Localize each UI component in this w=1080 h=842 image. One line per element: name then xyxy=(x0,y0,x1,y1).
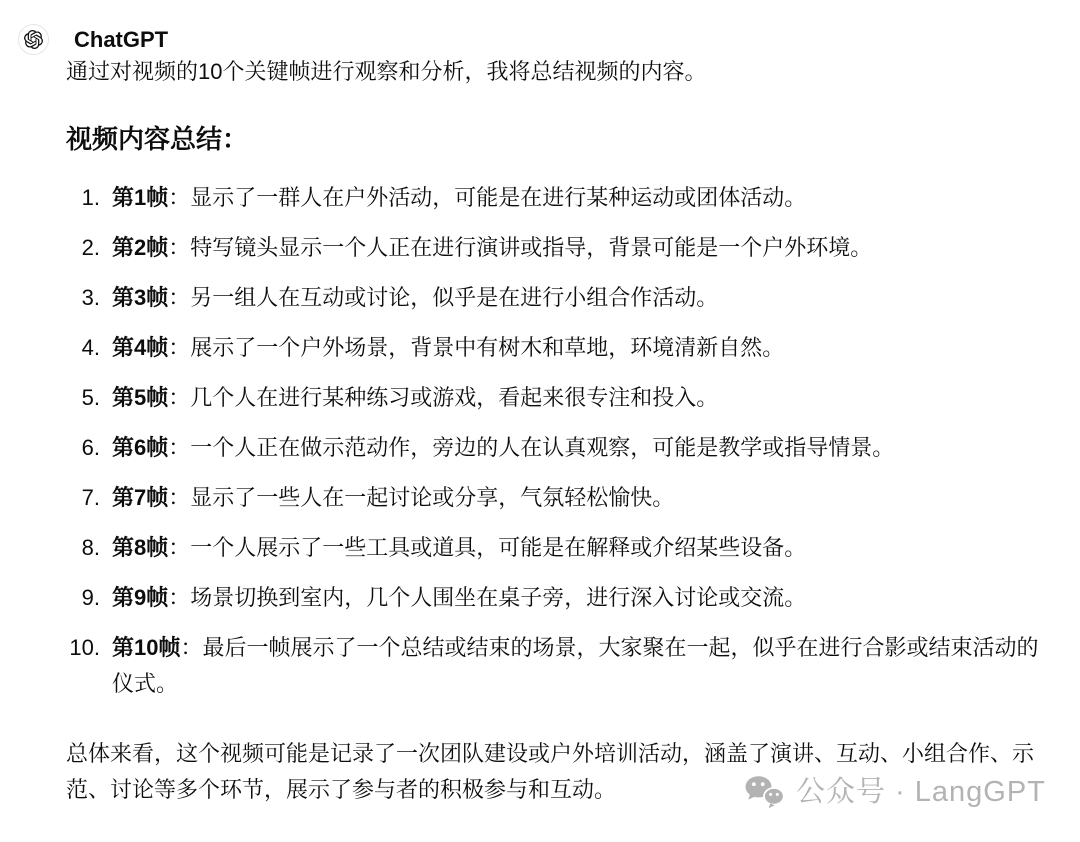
frame-number: 6. xyxy=(54,430,100,466)
frame-list-item: 8. 第8帧：一个人展示了一些工具或道具，可能是在解释或介绍某些设备。 xyxy=(54,530,1060,566)
frame-list-item: 9. 第9帧：场景切换到室内，几个人围坐在桌子旁，进行深入讨论或交流。 xyxy=(54,580,1060,616)
frame-label: 第1帧 xyxy=(112,185,168,210)
frame-number: 7. xyxy=(54,480,100,516)
frame-number: 9. xyxy=(54,580,100,616)
frame-list-item: 2. 第2帧：特写镜头显示一个人正在进行演讲或指导，背景可能是一个户外环境。 xyxy=(54,230,1060,266)
frames-list: 1. 第1帧：显示了一群人在户外活动，可能是在进行某种运动或团体活动。 2. 第… xyxy=(54,180,1060,716)
watermark: 公众号 · LangGPT xyxy=(744,772,1046,812)
frame-label: 第5帧 xyxy=(112,385,168,410)
frame-list-item: 10. 第10帧：最后一帧展示了一个总结或结束的场景，大家聚在一起，似乎在进行合… xyxy=(54,630,1060,702)
frame-label: 第9帧 xyxy=(112,585,168,610)
chatgpt-avatar xyxy=(18,24,49,55)
frame-list-item: 3. 第3帧：另一组人在互动或讨论，似乎是在进行小组合作活动。 xyxy=(54,280,1060,316)
frame-description: ：一个人正在做示范动作，旁边的人在认真观察，可能是教学或指导情景。 xyxy=(168,435,894,460)
frame-label: 第6帧 xyxy=(112,435,168,460)
frame-description: ：几个人在进行某种练习或游戏，看起来很专注和投入。 xyxy=(168,385,718,410)
frame-label: 第4帧 xyxy=(112,335,168,360)
frame-number: 4. xyxy=(54,330,100,366)
openai-logo-icon xyxy=(24,30,43,49)
watermark-text: 公众号 · LangGPT xyxy=(796,772,1046,812)
frame-label: 第7帧 xyxy=(112,485,168,510)
frame-description: ：显示了一群人在户外活动，可能是在进行某种运动或团体活动。 xyxy=(168,185,806,210)
frame-number: 8. xyxy=(54,530,100,566)
wechat-icon xyxy=(744,774,785,810)
frame-description: ：最后一帧展示了一个总结或结束的场景，大家聚在一起，似乎在进行合影或结束活动的仪… xyxy=(112,635,1039,696)
assistant-name: ChatGPT xyxy=(74,28,168,52)
frame-label: 第2帧 xyxy=(112,235,168,260)
frame-number: 5. xyxy=(54,380,100,416)
frame-label: 第3帧 xyxy=(112,285,168,310)
frame-list-item: 4. 第4帧：展示了一个户外场景，背景中有树木和草地，环境清新自然。 xyxy=(54,330,1060,366)
frame-list-item: 7. 第7帧：显示了一些人在一起讨论或分享，气氛轻松愉快。 xyxy=(54,480,1060,516)
frame-description: ：展示了一个户外场景，背景中有树木和草地，环境清新自然。 xyxy=(168,335,784,360)
frame-description: ：一个人展示了一些工具或道具，可能是在解释或介绍某些设备。 xyxy=(168,535,806,560)
frame-number: 2. xyxy=(54,230,100,266)
frame-number: 3. xyxy=(54,280,100,316)
frame-description: ：另一组人在互动或讨论，似乎是在进行小组合作活动。 xyxy=(168,285,718,310)
section-title: 视频内容总结： xyxy=(66,122,248,156)
frame-description: ：场景切换到室内，几个人围坐在桌子旁，进行深入讨论或交流。 xyxy=(168,585,806,610)
frame-list-item: 6. 第6帧：一个人正在做示范动作，旁边的人在认真观察，可能是教学或指导情景。 xyxy=(54,430,1060,466)
frame-description: ：显示了一些人在一起讨论或分享，气氛轻松愉快。 xyxy=(168,485,674,510)
frame-label: 第10帧 xyxy=(112,635,180,660)
frame-description: ：特写镜头显示一个人正在进行演讲或指导，背景可能是一个户外环境。 xyxy=(168,235,872,260)
frame-list-item: 5. 第5帧：几个人在进行某种练习或游戏，看起来很专注和投入。 xyxy=(54,380,1060,416)
frame-label: 第8帧 xyxy=(112,535,168,560)
frame-list-item: 1. 第1帧：显示了一群人在户外活动，可能是在进行某种运动或团体活动。 xyxy=(54,180,1060,216)
frame-number: 1. xyxy=(54,180,100,216)
intro-text: 通过对视频的10个关键帧进行观察和分析，我将总结视频的内容。 xyxy=(66,56,1056,88)
frame-number: 10. xyxy=(54,630,100,666)
